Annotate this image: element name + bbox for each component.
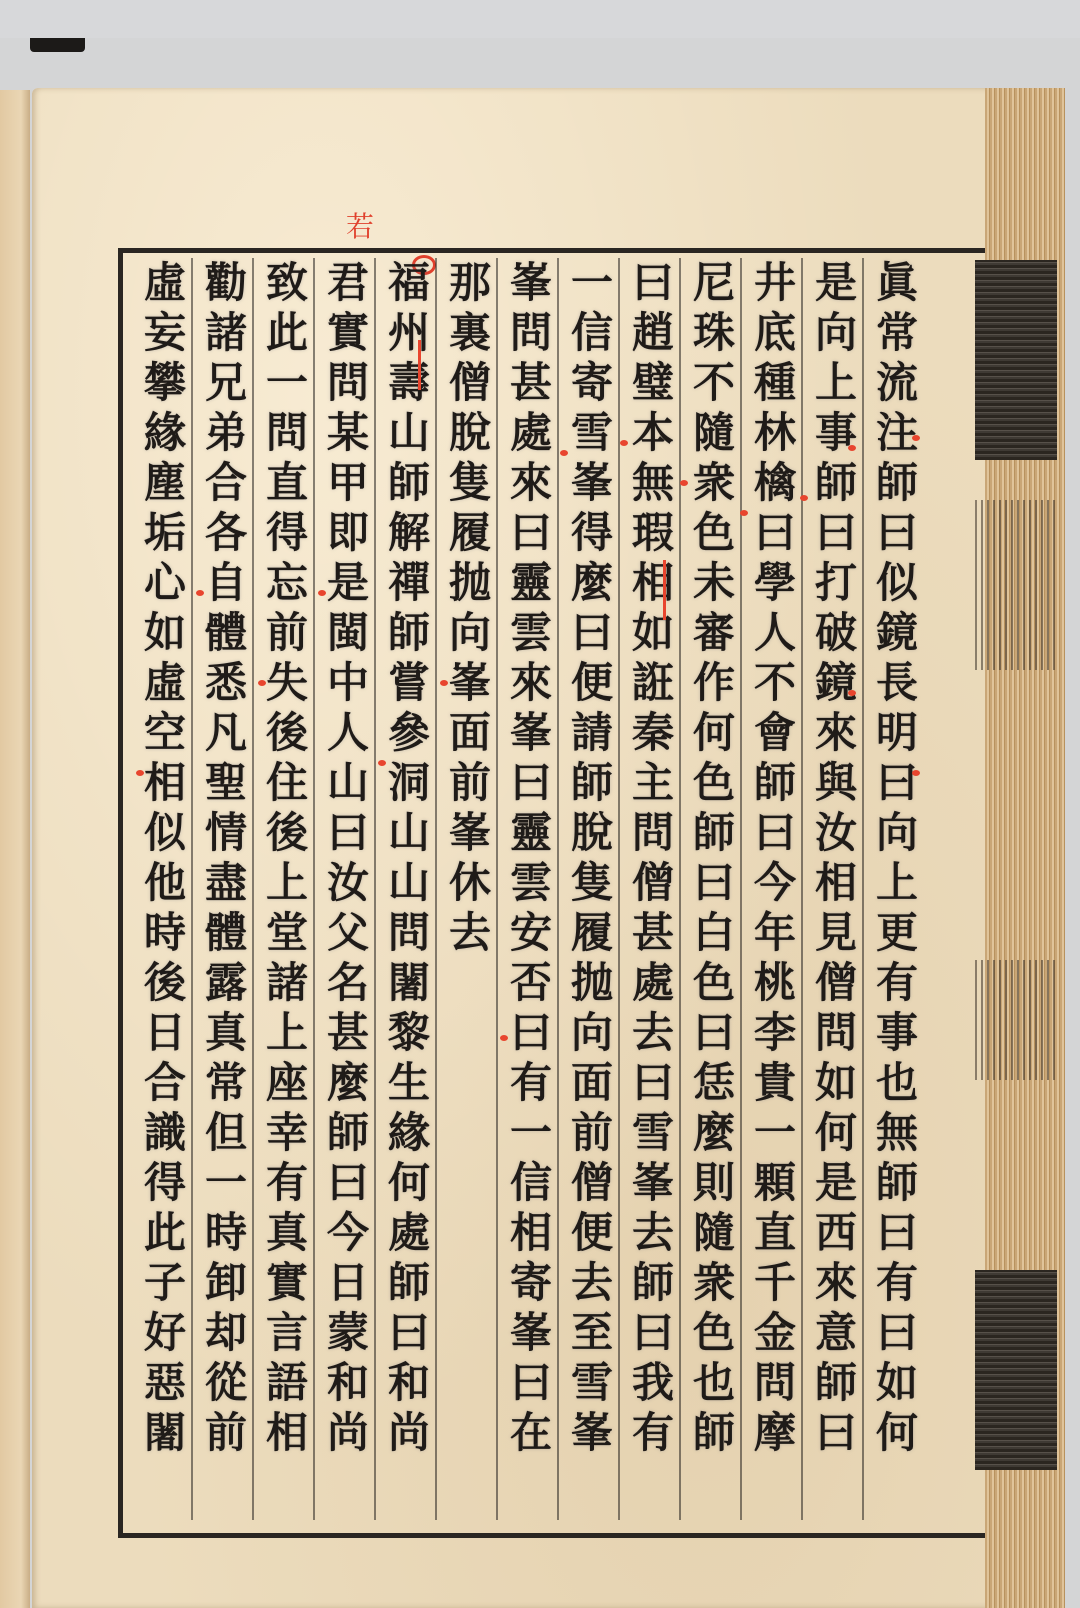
text-character: 恁 xyxy=(685,1058,743,1108)
text-character: 空 xyxy=(136,708,194,758)
text-character: 曰 xyxy=(807,1408,865,1458)
text-character: 禪 xyxy=(380,558,438,608)
text-character: 自 xyxy=(197,558,255,608)
text-character: 語 xyxy=(258,1358,316,1408)
text-character: 也 xyxy=(685,1358,743,1408)
red-underline-mark xyxy=(418,340,421,390)
text-character: 千 xyxy=(746,1258,804,1308)
text-character: 勸 xyxy=(197,258,255,308)
text-character: 相 xyxy=(136,758,194,808)
text-character: 曰 xyxy=(502,1358,560,1408)
text-column-12: 勸諸兄弟合各自體悉凡聖情盡體露真常但一時卸却從前 xyxy=(197,258,255,1518)
text-character: 脫 xyxy=(563,808,621,858)
text-character: 堂 xyxy=(258,908,316,958)
text-character: 常 xyxy=(197,1058,255,1108)
text-character: 何 xyxy=(868,1408,926,1458)
text-character: 常 xyxy=(868,308,926,358)
text-character: 緣 xyxy=(136,408,194,458)
red-punctuation-dot xyxy=(848,690,856,696)
text-character: 摩 xyxy=(746,1408,804,1458)
text-character: 請 xyxy=(563,708,621,758)
red-punctuation-dot xyxy=(136,770,144,776)
text-character: 曰 xyxy=(380,1308,438,1358)
text-character: 他 xyxy=(136,858,194,908)
text-character: 問 xyxy=(258,408,316,458)
text-character: 問 xyxy=(624,808,682,858)
red-punctuation-dot xyxy=(740,510,748,516)
text-character: 凡 xyxy=(197,708,255,758)
text-character: 隨 xyxy=(685,1208,743,1258)
text-character: 有 xyxy=(868,1258,926,1308)
text-character: 上 xyxy=(868,858,926,908)
text-character: 甚 xyxy=(502,358,560,408)
text-character: 來 xyxy=(807,708,865,758)
text-character: 前 xyxy=(258,608,316,658)
text-column-10: 君實問某甲即是閩中人山曰汝父名甚麼師曰今日蒙和尚 xyxy=(319,258,377,1518)
text-character: 卸 xyxy=(197,1258,255,1308)
bleed-through-block xyxy=(975,260,1057,460)
text-character: 真 xyxy=(197,1008,255,1058)
text-character: 信 xyxy=(563,308,621,358)
facing-page-edge xyxy=(0,90,30,1608)
text-column-5: 曰趙璧本無瑕相如誑秦主問僧甚處去曰雪峯去師曰我有 xyxy=(624,258,682,1518)
text-character: 僧 xyxy=(441,358,499,408)
text-character: 山 xyxy=(380,408,438,458)
text-character: 曰 xyxy=(502,508,560,558)
text-character: 麼 xyxy=(319,1058,377,1108)
text-character: 誑 xyxy=(624,658,682,708)
text-character: 檎 xyxy=(746,458,804,508)
text-character: 闍 xyxy=(136,1408,194,1458)
text-character: 致 xyxy=(258,258,316,308)
text-character: 和 xyxy=(380,1358,438,1408)
text-character: 尚 xyxy=(319,1408,377,1458)
text-character: 師 xyxy=(380,608,438,658)
red-punctuation-dot xyxy=(912,435,920,441)
text-character: 座 xyxy=(258,1058,316,1108)
text-character: 師 xyxy=(685,1408,743,1458)
text-character: 似 xyxy=(868,558,926,608)
text-character: 井 xyxy=(746,258,804,308)
text-character: 洞 xyxy=(380,758,438,808)
text-character: 幸 xyxy=(258,1108,316,1158)
text-character: 僧 xyxy=(563,1158,621,1208)
text-character: 緣 xyxy=(380,1108,438,1158)
text-character: 得 xyxy=(136,1158,194,1208)
text-character: 信 xyxy=(502,1158,560,1208)
text-character: 在 xyxy=(502,1408,560,1458)
text-character: 雪 xyxy=(563,408,621,458)
text-character: 雲 xyxy=(502,858,560,908)
text-column-2: 是向上事師曰打破鏡來與汝相見僧問如何是西來意師曰 xyxy=(807,258,865,1518)
text-character: 識 xyxy=(136,1108,194,1158)
text-character: 面 xyxy=(563,1058,621,1108)
text-character: 流 xyxy=(868,358,926,408)
text-character: 何 xyxy=(685,708,743,758)
text-character: 住 xyxy=(258,758,316,808)
text-character: 州 xyxy=(380,308,438,358)
text-character: 色 xyxy=(685,508,743,558)
text-character: 眞 xyxy=(868,258,926,308)
text-character: 真 xyxy=(258,1208,316,1258)
text-character: 長 xyxy=(868,658,926,708)
text-character: 時 xyxy=(197,1208,255,1258)
text-character: 一 xyxy=(563,258,621,308)
text-character: 色 xyxy=(685,1308,743,1358)
text-character: 尼 xyxy=(685,258,743,308)
text-character: 處 xyxy=(380,1208,438,1258)
text-character: 攀 xyxy=(136,358,194,408)
text-character: 李 xyxy=(746,1008,804,1058)
text-character: 事 xyxy=(868,1008,926,1058)
text-character: 作 xyxy=(685,658,743,708)
red-punctuation-dot xyxy=(378,760,386,766)
text-character: 問 xyxy=(319,358,377,408)
text-character: 事 xyxy=(807,408,865,458)
text-character: 向 xyxy=(441,608,499,658)
text-character: 解 xyxy=(380,508,438,558)
red-punctuation-dot xyxy=(258,680,266,686)
text-character: 峯 xyxy=(502,708,560,758)
text-character: 山 xyxy=(319,758,377,808)
text-character: 否 xyxy=(502,958,560,1008)
text-character: 便 xyxy=(563,1208,621,1258)
text-character: 父 xyxy=(319,908,377,958)
text-character: 西 xyxy=(807,1208,865,1258)
text-character: 忘 xyxy=(258,558,316,608)
text-character: 明 xyxy=(868,708,926,758)
text-character: 峯 xyxy=(502,258,560,308)
text-character: 垢 xyxy=(136,508,194,558)
text-character: 尚 xyxy=(380,1408,438,1458)
text-character: 那 xyxy=(441,258,499,308)
text-character: 汝 xyxy=(319,858,377,908)
text-character: 有 xyxy=(868,958,926,1008)
text-character: 曰 xyxy=(868,508,926,558)
text-character: 此 xyxy=(136,1208,194,1258)
text-character: 塵 xyxy=(136,458,194,508)
text-character: 向 xyxy=(868,808,926,858)
text-character: 雪 xyxy=(563,1358,621,1408)
text-character: 隨 xyxy=(685,408,743,458)
text-character: 璧 xyxy=(624,358,682,408)
text-character: 隻 xyxy=(563,858,621,908)
text-character: 一 xyxy=(746,1108,804,1158)
text-character: 人 xyxy=(746,608,804,658)
text-character: 峯 xyxy=(563,458,621,508)
text-character: 是 xyxy=(319,558,377,608)
text-character: 名 xyxy=(319,958,377,1008)
text-character: 山 xyxy=(380,808,438,858)
text-character: 悉 xyxy=(197,658,255,708)
text-character: 衆 xyxy=(685,458,743,508)
text-character: 生 xyxy=(380,1058,438,1108)
text-character: 師 xyxy=(380,458,438,508)
text-character: 師 xyxy=(563,758,621,808)
text-character: 和 xyxy=(319,1358,377,1408)
text-character: 此 xyxy=(258,308,316,358)
text-character: 露 xyxy=(197,958,255,1008)
text-character: 至 xyxy=(563,1308,621,1358)
text-character: 甚 xyxy=(624,908,682,958)
text-character: 兄 xyxy=(197,358,255,408)
text-character: 處 xyxy=(502,408,560,458)
text-character: 福 xyxy=(380,258,438,308)
text-column-11: 致此一問直得忘前失後住後上堂諸上座幸有真實言語相 xyxy=(258,258,316,1518)
text-character: 意 xyxy=(807,1308,865,1358)
text-character: 惡 xyxy=(136,1358,194,1408)
text-character: 諸 xyxy=(258,958,316,1008)
text-character: 休 xyxy=(441,858,499,908)
text-character: 何 xyxy=(380,1158,438,1208)
text-character: 但 xyxy=(197,1108,255,1158)
text-character: 不 xyxy=(746,658,804,708)
text-character: 合 xyxy=(136,1058,194,1108)
text-character: 則 xyxy=(685,1158,743,1208)
text-character: 師 xyxy=(746,758,804,808)
text-character: 從 xyxy=(197,1358,255,1408)
text-character: 主 xyxy=(624,758,682,808)
text-character: 心 xyxy=(136,558,194,608)
text-character: 曰 xyxy=(563,608,621,658)
text-character: 妄 xyxy=(136,308,194,358)
text-character: 即 xyxy=(319,508,377,558)
text-character: 師 xyxy=(624,1258,682,1308)
text-character: 峯 xyxy=(563,1408,621,1458)
text-character: 聖 xyxy=(197,758,255,808)
text-character: 山 xyxy=(380,858,438,908)
text-column-6: 一信寄雪峯得麼曰便請師脫隻履抛向面前僧便去至雪峯 xyxy=(563,258,621,1518)
text-character: 僧 xyxy=(807,958,865,1008)
text-character: 如 xyxy=(136,608,194,658)
text-character: 秦 xyxy=(624,708,682,758)
text-character: 實 xyxy=(258,1258,316,1308)
text-character: 曰 xyxy=(502,1008,560,1058)
text-character: 蒙 xyxy=(319,1308,377,1358)
text-character: 本 xyxy=(624,408,682,458)
text-character: 實 xyxy=(319,308,377,358)
text-character: 麼 xyxy=(685,1108,743,1158)
text-character: 與 xyxy=(807,758,865,808)
text-character: 相 xyxy=(624,558,682,608)
text-character: 參 xyxy=(380,708,438,758)
text-character: 曰 xyxy=(807,508,865,558)
red-punctuation-dot xyxy=(848,445,856,451)
text-character: 中 xyxy=(319,658,377,708)
text-character: 種 xyxy=(746,358,804,408)
text-character: 甲 xyxy=(319,458,377,508)
text-character: 師 xyxy=(685,808,743,858)
text-character: 前 xyxy=(441,758,499,808)
text-character: 向 xyxy=(807,308,865,358)
text-character: 後 xyxy=(258,708,316,758)
text-character: 虛 xyxy=(136,258,194,308)
text-character: 我 xyxy=(624,1358,682,1408)
text-character: 一 xyxy=(502,1108,560,1158)
text-character: 問 xyxy=(502,308,560,358)
text-character: 無 xyxy=(624,458,682,508)
text-character: 相 xyxy=(807,858,865,908)
text-character: 去 xyxy=(563,1258,621,1308)
text-character: 却 xyxy=(197,1308,255,1358)
red-underline-mark xyxy=(663,560,666,620)
text-character: 問 xyxy=(380,908,438,958)
red-punctuation-dot xyxy=(500,1035,508,1041)
text-character: 便 xyxy=(563,658,621,708)
bleed-through-block xyxy=(975,1270,1057,1470)
text-character: 寄 xyxy=(502,1258,560,1308)
text-character: 曰 xyxy=(746,808,804,858)
text-character: 峯 xyxy=(441,658,499,708)
text-character: 曰 xyxy=(624,258,682,308)
text-character: 曰 xyxy=(319,1158,377,1208)
text-character: 見 xyxy=(807,908,865,958)
text-character: 無 xyxy=(868,1108,926,1158)
text-character: 隻 xyxy=(441,458,499,508)
text-character: 來 xyxy=(502,658,560,708)
text-column-9: 福州壽山師解禪師嘗參洞山山問闍黎生緣何處師曰和尚 xyxy=(380,258,438,1518)
text-character: 打 xyxy=(807,558,865,608)
text-character: 問 xyxy=(807,1008,865,1058)
text-character: 去 xyxy=(441,908,499,958)
text-character: 鏡 xyxy=(807,658,865,708)
text-character: 審 xyxy=(685,608,743,658)
text-character: 上 xyxy=(258,1008,316,1058)
text-character: 上 xyxy=(807,358,865,408)
text-character: 一 xyxy=(197,1158,255,1208)
text-character: 失 xyxy=(258,658,316,708)
text-character: 得 xyxy=(258,508,316,558)
text-character: 甚 xyxy=(319,1008,377,1058)
text-character: 未 xyxy=(685,558,743,608)
text-character: 麼 xyxy=(563,558,621,608)
text-character: 抛 xyxy=(563,958,621,1008)
text-character: 曰 xyxy=(868,758,926,808)
text-character: 如 xyxy=(807,1058,865,1108)
text-character: 學 xyxy=(746,558,804,608)
text-character: 汝 xyxy=(807,808,865,858)
text-character: 履 xyxy=(563,908,621,958)
text-character: 虛 xyxy=(136,658,194,708)
text-character: 言 xyxy=(258,1308,316,1358)
text-character: 日 xyxy=(136,1008,194,1058)
text-character: 靈 xyxy=(502,558,560,608)
text-character: 曰 xyxy=(868,1208,926,1258)
text-character: 也 xyxy=(868,1058,926,1108)
text-character: 師 xyxy=(807,458,865,508)
text-character: 合 xyxy=(197,458,255,508)
text-character: 來 xyxy=(502,458,560,508)
text-character: 裏 xyxy=(441,308,499,358)
red-punctuation-dot xyxy=(912,770,920,776)
text-character: 色 xyxy=(685,758,743,808)
text-character: 來 xyxy=(807,1258,865,1308)
text-character: 不 xyxy=(685,358,743,408)
scan-background xyxy=(0,0,1080,38)
text-character: 珠 xyxy=(685,308,743,358)
text-character: 履 xyxy=(441,508,499,558)
text-character: 今 xyxy=(746,858,804,908)
text-character: 曰 xyxy=(502,758,560,808)
text-character: 今 xyxy=(319,1208,377,1258)
text-character: 有 xyxy=(502,1058,560,1108)
text-character: 林 xyxy=(746,408,804,458)
bleed-through-text xyxy=(975,960,1057,1080)
text-character: 壽 xyxy=(380,358,438,408)
text-character: 抛 xyxy=(441,558,499,608)
text-character: 衆 xyxy=(685,1258,743,1308)
text-character: 時 xyxy=(136,908,194,958)
text-character: 僧 xyxy=(624,858,682,908)
text-column-3: 井底種林檎曰學人不會師曰今年桃李貴一顆直千金問摩 xyxy=(746,258,804,1518)
text-character: 曰 xyxy=(685,1008,743,1058)
text-character: 師 xyxy=(807,1358,865,1408)
text-column-8: 那裏僧脫隻履抛向峯面前峯休去 xyxy=(441,258,499,1518)
text-character: 闍 xyxy=(380,958,438,1008)
text-character: 去 xyxy=(624,1208,682,1258)
red-punctuation-dot xyxy=(560,450,568,456)
text-character: 金 xyxy=(746,1308,804,1358)
text-character: 閩 xyxy=(319,608,377,658)
text-character: 有 xyxy=(258,1158,316,1208)
text-character: 前 xyxy=(563,1108,621,1158)
text-character: 底 xyxy=(746,308,804,358)
text-character: 靈 xyxy=(502,808,560,858)
text-character: 曰 xyxy=(319,808,377,858)
text-character: 如 xyxy=(624,608,682,658)
text-character: 君 xyxy=(319,258,377,308)
text-character: 曰 xyxy=(746,508,804,558)
text-character: 得 xyxy=(563,508,621,558)
text-character: 貴 xyxy=(746,1058,804,1108)
text-character: 後 xyxy=(258,808,316,858)
text-character: 相 xyxy=(502,1208,560,1258)
margin-annotation: 若 xyxy=(346,205,374,245)
text-column-4: 尼珠不隨衆色未審作何色師曰白色曰恁麼則隨衆色也師 xyxy=(685,258,743,1518)
text-character: 弟 xyxy=(197,408,255,458)
text-character: 向 xyxy=(563,1008,621,1058)
text-character: 雲 xyxy=(502,608,560,658)
text-character: 去 xyxy=(624,1008,682,1058)
text-character: 破 xyxy=(807,608,865,658)
text-column-7: 峯問甚處來曰靈雲來峯曰靈雲安否曰有一信相寄峯曰在 xyxy=(502,258,560,1518)
red-punctuation-dot xyxy=(196,590,204,596)
text-character: 問 xyxy=(746,1358,804,1408)
text-character: 曰 xyxy=(868,1308,926,1358)
text-column-1: 眞常流注師曰似鏡長明曰向上更有事也無師曰有曰如何 xyxy=(868,258,926,1518)
text-character: 年 xyxy=(746,908,804,958)
text-character: 一 xyxy=(258,358,316,408)
text-character: 會 xyxy=(746,708,804,758)
text-character: 色 xyxy=(685,958,743,1008)
text-character: 趙 xyxy=(624,308,682,358)
text-character: 某 xyxy=(319,408,377,458)
text-character: 師 xyxy=(868,458,926,508)
text-character: 何 xyxy=(807,1108,865,1158)
text-character: 各 xyxy=(197,508,255,558)
text-character: 黎 xyxy=(380,1008,438,1058)
text-character: 上 xyxy=(258,858,316,908)
text-character: 曰 xyxy=(685,858,743,908)
book-tab xyxy=(30,38,85,52)
text-character: 峯 xyxy=(624,1158,682,1208)
text-character: 似 xyxy=(136,808,194,858)
text-character: 盡 xyxy=(197,858,255,908)
text-character: 如 xyxy=(868,1358,926,1408)
red-punctuation-dot xyxy=(800,495,808,501)
text-character: 是 xyxy=(807,1158,865,1208)
red-punctuation-dot xyxy=(620,440,628,446)
